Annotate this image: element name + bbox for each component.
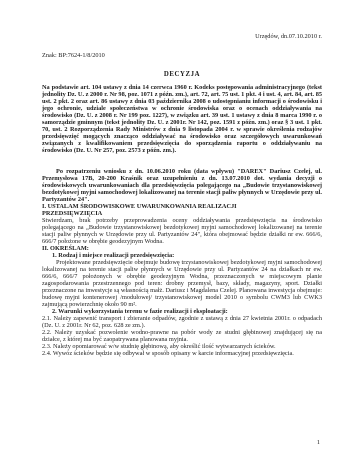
subsection-1-heading: 1. Rodzaj i miejsce realizacji przedsięw… bbox=[42, 252, 322, 259]
condition-item-2-4: 2.4. Wywóz ścieków będzie się odbywał w … bbox=[42, 350, 322, 357]
page-number: 1 bbox=[317, 439, 320, 446]
condition-item-2-3: 2.3. Należy opomiarować w/w studnię głęb… bbox=[42, 343, 322, 350]
section-1-heading-line1: I. USTALAM ŚRODOWISKOWE UWARUNKOWANIA RE… bbox=[42, 203, 322, 210]
section-2-heading: II. OKREŚLAM: bbox=[42, 245, 322, 252]
statement-paragraph: Stwierdzam, brak potrzeby przeprowadzeni… bbox=[42, 217, 322, 245]
date-line: Urzędów, dn.07.10.2010 r. bbox=[42, 33, 322, 40]
request-paragraph: Po rozpatrzeniu wniosku z dn. 10.06.2010… bbox=[42, 168, 322, 203]
section-1-heading-line2: PRZEDSIĘWZIĘCIA bbox=[42, 210, 322, 217]
document-page: Urzędów, dn.07.10.2010 r. Znak: BP:7624-… bbox=[0, 0, 360, 466]
subsection-2-heading: 2. Warunki wykorzystania terenu w fazie … bbox=[42, 308, 322, 315]
project-description-paragraph: Projektowane przedsięwzięcie obejmuje bu… bbox=[42, 259, 322, 308]
condition-item-2-2: 2.2. Należy uzyskać pozwolenie wodno-pra… bbox=[42, 329, 322, 343]
condition-item-2-1: 2.1. Należy zapewnić transport i zbieran… bbox=[42, 315, 322, 329]
document-title: DECYZJA bbox=[42, 71, 322, 78]
reference-number: Znak: BP:7624-1/8/2010 bbox=[42, 52, 322, 59]
legal-basis-paragraph: Na podstawie art. 104 ustawy z dnia 14 c… bbox=[42, 84, 322, 154]
